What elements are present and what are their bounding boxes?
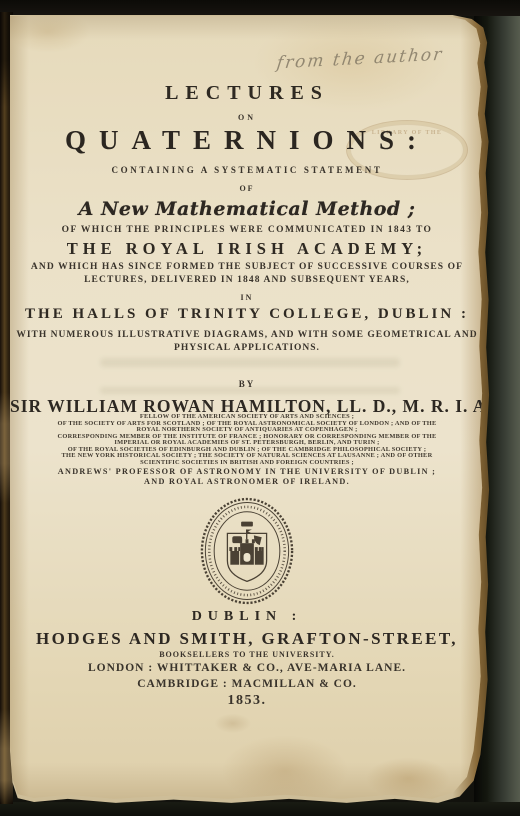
imprint-year: 1853. [10, 693, 484, 709]
college-seal-icon [198, 496, 296, 606]
imprint-booksellers: BOOKSELLERS TO THE UNIVERSITY. [10, 650, 484, 659]
subtitle-method-blackletter: A New Mathematical Method ; [10, 198, 484, 220]
credential-line: SCIENTIFIC SOCIETIES IN BRITISH AND FORE… [27, 460, 467, 467]
imprint-publisher: HODGES AND SMITH, GRAFTON-STREET, [10, 629, 484, 649]
trinity-college-dublin-seal [10, 496, 484, 611]
handwritten-inscription: from the author [234, 42, 486, 75]
imprint-london: LONDON : WHITTAKER & CO., AVE-MARIA LANE… [10, 662, 484, 674]
subtitle-courses-1: AND WHICH HAS SINCE FORMED THE SUBJECT O… [10, 262, 484, 272]
subtitle-containing: CONTAINING A SYSTEMATIC STATEMENT [10, 165, 484, 175]
subtitle-diagrams-2: PHYSICAL APPLICATIONS. [10, 343, 484, 353]
subtitle-communicated: OF WHICH THE PRINCIPLES WERE COMMUNICATE… [10, 225, 484, 235]
book-title-page-scan: from the author LIBRARY OF THE LECTURES … [0, 0, 520, 816]
title-line-lectures: LECTURES [10, 82, 484, 105]
author-professorship: ANDREWS' PROFESSOR OF ASTRONOMY IN THE U… [10, 467, 484, 476]
title-page: from the author LIBRARY OF THE LECTURES … [10, 16, 484, 802]
subtitle-royal-irish-academy: THE ROYAL IRISH ACADEMY; [10, 239, 484, 259]
show-through-blur [100, 358, 400, 367]
top-shadow-strip [0, 0, 520, 16]
imprint-city: DUBLIN : [10, 609, 484, 625]
subtitle-diagrams-1: WITH NUMEROUS ILLUSTRATIVE DIAGRAMS, AND… [10, 330, 484, 340]
subtitle-courses-2: LECTURES, DELIVERED IN 1848 AND SUBSEQUE… [10, 275, 484, 285]
subtitle-in: IN [10, 293, 484, 302]
subtitle-of: OF [10, 184, 484, 193]
bottom-shadow-strip [0, 802, 520, 816]
author-royal-astronomer: AND ROYAL ASTRONOMER OF IRELAND. [10, 477, 484, 486]
author-credentials: FELLOW OF THE AMERICAN SOCIETY OF ARTS A… [27, 414, 467, 466]
title-line-on: ON [10, 113, 484, 122]
title-line-quaternions: QUATERNIONS: [10, 125, 484, 156]
imprint-cambridge: CAMBRIDGE : MACMILLAN & CO. [10, 678, 484, 690]
byline-by: BY [10, 379, 484, 389]
subtitle-trinity-college: THE HALLS OF TRINITY COLLEGE, DUBLIN : [10, 306, 484, 323]
